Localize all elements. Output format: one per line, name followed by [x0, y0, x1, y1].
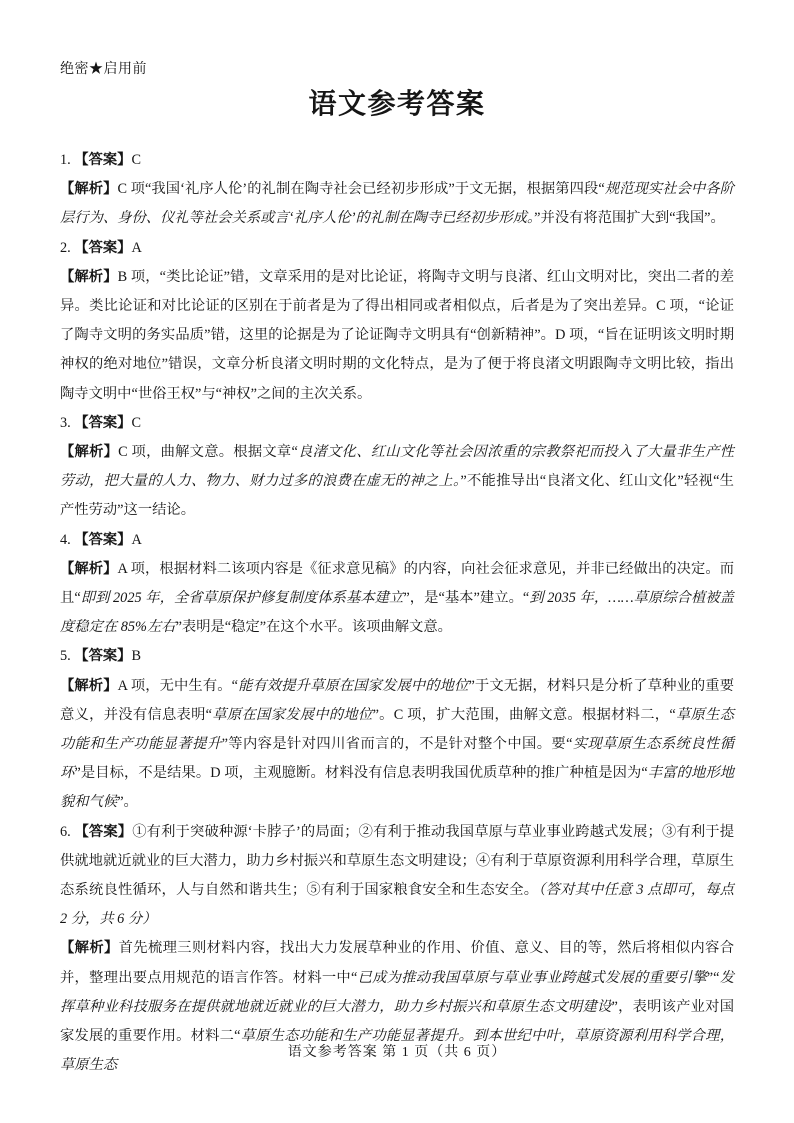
answer-line-2: 2. 【答案】A: [60, 234, 734, 263]
analysis-paragraph-4: 【解析】A 项，根据材料二该项内容是《征求意见稿》的内容，向社会征求意见，并非已…: [60, 555, 734, 643]
section-label: 【解析】: [60, 678, 118, 694]
text-segment: ”，是“基本”建立。“: [403, 590, 529, 606]
answer-line-1: 1. 【答案】C: [60, 146, 734, 175]
answer-line-3: 3. 【答案】C: [60, 409, 734, 438]
document-page: 绝密★启用前 语文参考答案 1. 【答案】C【解析】C 项“我国‘礼序人伦’的礼…: [0, 0, 794, 1123]
text-segment: 1.: [60, 152, 74, 168]
text-segment: ”。: [117, 794, 138, 810]
answer-line-6: 6. 【答案】①有利于突破种源‘卡脖子’的局面；②有利于推动我国草原与草业事业跨…: [60, 818, 734, 935]
text-segment: C 项“我国‘礼序人伦’的礼制在陶寺社会已经初步形成”于文无据，根据第四段“: [117, 181, 604, 197]
text-segment: ”是目标，不是结果。D 项，主观臆断。材料没有信息表明我国优质草种的推广种植是因…: [74, 765, 647, 781]
section-label: 【解析】: [60, 181, 117, 197]
security-notice: 绝密★启用前: [60, 58, 147, 78]
section-label: 【答案】: [74, 415, 131, 431]
text-segment: A: [131, 532, 141, 548]
text-segment: C: [131, 152, 141, 168]
text-segment: 3.: [60, 415, 74, 431]
section-label: 【答案】: [74, 240, 131, 256]
analysis-paragraph-3: 【解析】C 项，曲解文意。根据文章“良渚文化、红山文化等社会因浓重的宗教祭祀而投…: [60, 438, 734, 526]
text-segment: C 项，曲解文意。根据文章“: [118, 444, 298, 460]
text-segment: 4.: [60, 532, 74, 548]
analysis-paragraph-2: 【解析】B 项，“类比论证”错，文章采用的是对比论证，将陶寺文明与良渚、红山文明…: [60, 263, 734, 409]
answer-line-5: 5. 【答案】B: [60, 642, 734, 671]
page-title: 语文参考答案: [0, 82, 794, 122]
section-label: 【解析】: [60, 940, 119, 956]
answers-list: 1. 【答案】C【解析】C 项“我国‘礼序人伦’的礼制在陶寺社会已经初步形成”于…: [60, 146, 734, 1081]
section-label: 【解析】: [60, 269, 118, 285]
text-segment: 6.: [60, 824, 74, 840]
text-segment: B 项，“类比论证”错，文章采用的是对比论证，将陶寺文明与良渚、红山文明对比，突…: [60, 269, 734, 402]
text-segment: B: [131, 648, 141, 664]
section-label: 【答案】: [74, 532, 131, 548]
text-segment: A: [131, 240, 141, 256]
text-segment: ”并没有将范围扩大到“我国”。: [534, 210, 725, 226]
text-segment: 即到 2025 年，全省草原保护修复制度体系基本建立: [81, 590, 404, 606]
page-footer: 语文参考答案 第 1 页（共 6 页）: [0, 1041, 794, 1061]
text-segment: ”等内容是针对四川省而言的，不是针对整个中国。要“: [222, 736, 573, 752]
text-segment: ”“: [707, 970, 720, 986]
section-label: 【答案】: [74, 648, 131, 664]
text-segment: ”。C 项，扩大范围，曲解文意。根据材料二，“: [373, 707, 676, 723]
text-segment: 能有效提升草原在国家发展中的地位: [238, 678, 469, 694]
text-segment: 草原在国家发展中的地位: [212, 707, 373, 723]
text-segment: A 项，无中生有。“: [118, 678, 238, 694]
text-segment: 已成为推动我国草原与草业事业跨越式发展的重要引擎: [357, 970, 706, 986]
text-segment: 2.: [60, 240, 74, 256]
section-label: 【解析】: [60, 561, 117, 577]
section-label: 【解析】: [60, 444, 118, 460]
text-segment: 5.: [60, 648, 74, 664]
section-label: 【答案】: [74, 152, 131, 168]
text-segment: ”表明是“稳定”在这个水平。该项曲解文意。: [176, 619, 452, 635]
text-segment: C: [131, 415, 141, 431]
section-label: 【答案】: [74, 824, 132, 840]
analysis-paragraph-5: 【解析】A 项，无中生有。“能有效提升草原在国家发展中的地位”于文无据，材料只是…: [60, 672, 734, 818]
analysis-paragraph-1: 【解析】C 项“我国‘礼序人伦’的礼制在陶寺社会已经初步形成”于文无据，根据第四…: [60, 175, 734, 233]
answer-line-4: 4. 【答案】A: [60, 526, 734, 555]
